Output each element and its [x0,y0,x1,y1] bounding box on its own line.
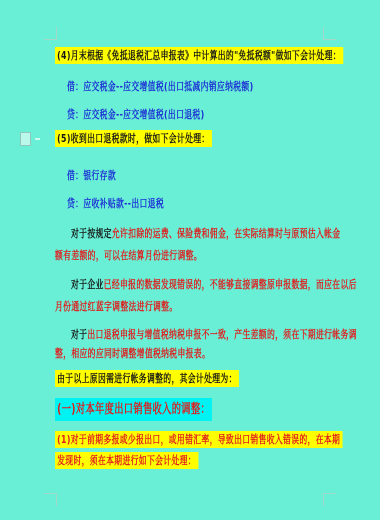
paragraph-s5-heading[interactable]: (5)收到出口退税款时，做如下会计处理： [55,130,212,147]
freight-lead-text: 对于按规定 [71,227,112,240]
summary-text: 由于以上原因需进行帐务调整的，其会计处理为： [57,372,237,385]
paragraph-item1-line1[interactable]: (1)对于前期多报或少报出口，或用错汇率，导致出口销售收入错误的，在本期 [55,431,342,448]
freight-line2-text: 额有差额的，可以在结算月份进行调整。 [55,249,202,262]
paragraph-s5-debit[interactable]: 借：银行存款 [67,169,116,182]
text-boundary-mark-top-right [323,27,336,40]
paragraph-s4-debit[interactable]: 借：应交税金--应交增值税(出口抵减内销应纳税额) [67,80,254,93]
paragraph-freight-line2[interactable]: 额有差额的，可以在结算月份进行调整。 [55,249,202,262]
anchor-icon [20,132,31,146]
declared-line2-text: 月份通过红蓝字调整法进行调整。 [55,300,177,313]
paragraph-declared-line2[interactable]: 月份通过红蓝字调整法进行调整。 [55,300,177,313]
paragraph-declared-line1[interactable]: 对于企业已经申报的数据发现错误的，不能够直接调整原申报数据，而应在以后 [71,278,357,291]
text-boundary-mark-bottom-right [323,493,336,506]
document-page[interactable]: (4)月末根据《免抵退税汇总申报表》中计算出的"免抵税额"做如下会计处理： 借：… [0,0,380,520]
declared-red-text: 已经申报的数据发现错误的，不能够直接调整原申报数据，而应在以后 [104,278,357,291]
s5-heading-text: (5)收到出口退税款时，做如下会计处理： [57,132,209,145]
s4-credit-text: 贷：应交税金--应交增值税(出口退税) [67,108,205,121]
section-heading-1[interactable]: (一)对本年度出口销售收入的调整： [55,398,212,421]
s5-credit-text: 贷：应收补贴款--出口退税 [67,197,164,210]
item1-line1-text: (1)对于前期多报或少报出口，或用错汇率，导致出口销售收入错误的，在本期 [57,433,340,446]
paragraph-item1-line2[interactable]: 发现时，须在本期进行如下会计处理： [55,452,198,469]
paragraph-mismatch-line2[interactable]: 整，相应的应同时调整增值税纳税申报表。 [55,347,210,360]
paragraph-mismatch-line1[interactable]: 对于出口退税申报与增值税纳税申报不一致，产生差额的，须在下期进行帐务调 [71,328,357,341]
freight-red-text: 允许扣除的运费、保险费和佣金，在实际结算时与原预估入帐金 [112,227,341,240]
paragraph-s5-credit[interactable]: 贷：应收补贴款--出口退税 [67,197,164,210]
paragraph-s4-heading[interactable]: (4)月末根据《免抵退税汇总申报表》中计算出的"免抵税额"做如下会计处理： [55,47,343,64]
declared-lead-text: 对于企业 [71,278,104,291]
item1-line2-text: 发现时，须在本期进行如下会计处理： [57,454,196,467]
text-boundary-mark-bottom-left [44,493,57,506]
s5-debit-text: 借：银行存款 [67,169,116,182]
paragraph-s4-credit[interactable]: 贷：应交税金--应交增值税(出口退税) [67,108,205,121]
paragraph-summary[interactable]: 由于以上原因需进行帐务调整的，其会计处理为： [55,370,239,387]
mismatch-red-text: 出口退税申报与增值税纳税申报不一致，产生差额的，须在下期进行帐务调 [87,328,356,341]
anchor-dash-icon [35,138,40,140]
mismatch-lead-text: 对于 [71,328,87,341]
text-boundary-mark-top-left [44,27,57,40]
mismatch-line2-text: 整，相应的应同时调整增值税纳税申报表。 [55,347,210,360]
paragraph-freight-line1[interactable]: 对于按规定允许扣除的运费、保险费和佣金，在实际结算时与原预估入帐金 [71,227,340,240]
section-heading-1-text: (一)对本年度出口销售收入的调整： [57,402,210,417]
s4-debit-text: 借：应交税金--应交增值税(出口抵减内销应纳税额) [67,80,254,93]
s4-heading-text: (4)月末根据《免抵退税汇总申报表》中计算出的"免抵税额"做如下会计处理： [57,49,341,62]
